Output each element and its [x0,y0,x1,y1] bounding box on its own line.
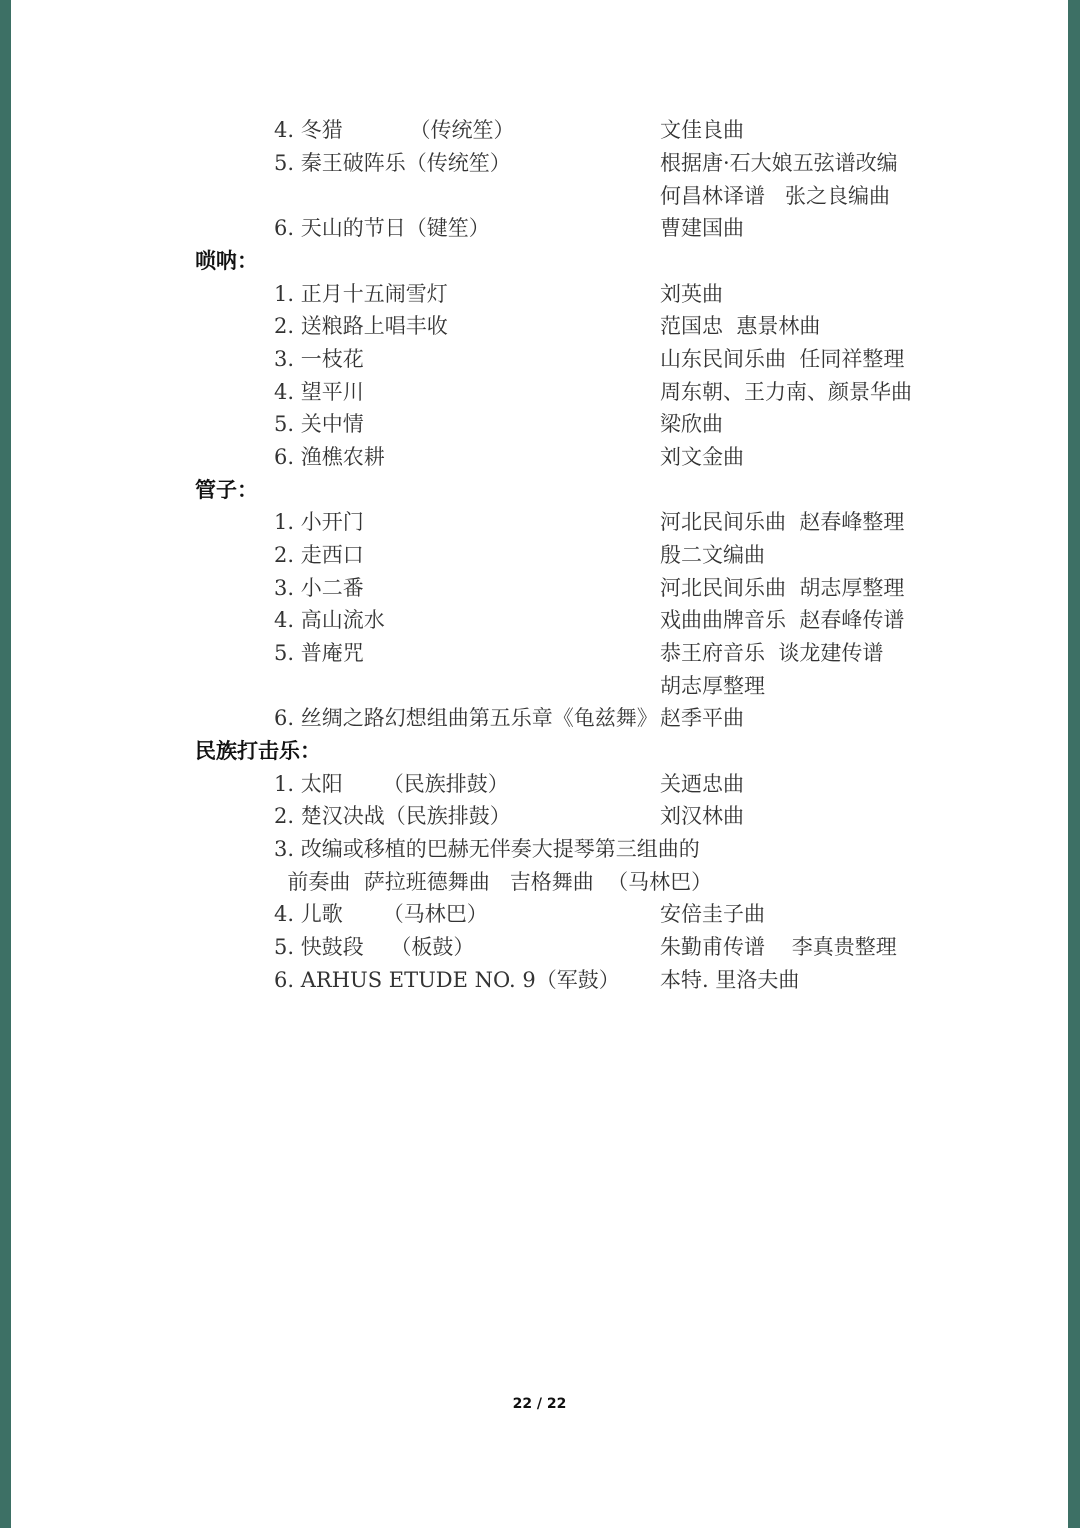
guanzi-item-3-composer: 河北民间乐曲 胡志厚整理 [660,572,904,604]
section-heading-suona: 唢呐： [195,245,258,277]
sheng-item-6-title: 6. 天山的节日（键笙） [274,212,490,244]
guanzi-item-5-title: 5. 普庵咒 [274,637,364,669]
document-page: 4. 冬猎 （传统笙） 文佳良曲 5. 秦王破阵乐（传统笙） 根据唐·石大娘五弦… [11,0,1068,1528]
sheng-item-5-composer: 根据唐·石大娘五弦谱改编 [660,147,898,179]
percussion-item-4-title: 4. 儿歌 （马林巴） [274,898,488,930]
guanzi-item-3-title: 3. 小二番 [274,572,364,604]
page-number-indicator: 22 / 22 [11,1396,1068,1412]
sheng-item-5-composer-line2: 何昌林译谱 张之良编曲 [660,180,890,212]
suona-item-5-title: 5. 关中情 [274,408,364,440]
percussion-item-5-title: 5. 快鼓段 （板鼓） [274,931,474,963]
suona-item-2-composer: 范国忠 惠景林曲 [660,310,820,342]
percussion-item-1-composer: 关迺忠曲 [660,768,744,800]
guanzi-item-6-title: 6. 丝绸之路幻想组曲第五乐章《龟兹舞》 [274,702,658,734]
percussion-item-3-title-line2: 前奏曲 萨拉班德舞曲 吉格舞曲 （马林巴） [274,866,712,898]
percussion-item-3-title: 3. 改编或移植的巴赫无伴奏大提琴第三组曲的 [274,833,700,865]
sheng-item-5-title: 5. 秦王破阵乐（传统笙） [274,147,511,179]
guanzi-item-5-composer: 恭王府音乐 谈龙建传谱 [660,637,883,669]
guanzi-item-4-title: 4. 高山流水 [274,604,385,636]
suona-item-4-composer: 周东朝、王力南、颜景华曲 [660,376,912,408]
percussion-item-2-title: 2. 楚汉决战（民族排鼓） [274,800,511,832]
suona-item-3-title: 3. 一枝花 [274,343,364,375]
guanzi-item-5-composer-line2: 胡志厚整理 [660,670,765,702]
section-heading-guanzi: 管子： [195,474,258,506]
sheng-item-4-composer: 文佳良曲 [660,114,744,146]
suona-item-1-composer: 刘英曲 [660,278,723,310]
guanzi-item-4-composer: 戏曲曲牌音乐 赵春峰传谱 [660,604,904,636]
sheng-item-6-composer: 曹建国曲 [660,212,744,244]
percussion-item-5-composer: 朱勤甫传谱 李真贵整理 [660,931,897,963]
suona-item-3-composer: 山东民间乐曲 任同祥整理 [660,343,904,375]
sheng-item-4-title: 4. 冬猎 （传统笙） [274,114,514,146]
suona-item-6-title: 6. 渔樵农耕 [274,441,385,473]
suona-item-5-composer: 梁欣曲 [660,408,723,440]
guanzi-item-2-title: 2. 走西口 [274,539,364,571]
percussion-item-2-composer: 刘汉林曲 [660,800,744,832]
suona-item-2-title: 2. 送粮路上唱丰收 [274,310,448,342]
suona-item-6-composer: 刘文金曲 [660,441,744,473]
percussion-item-4-composer: 安倍圭子曲 [660,898,765,930]
percussion-item-1-title: 1. 太阳 （民族排鼓） [274,768,509,800]
guanzi-item-2-composer: 殷二文编曲 [660,539,765,571]
percussion-item-6-composer: 本特. 里洛夫曲 [660,964,799,996]
suona-item-4-title: 4. 望平川 [274,376,364,408]
percussion-item-6-title: 6. ARHUS ETUDE NO. 9（军鼓） [274,964,620,996]
guanzi-item-1-title: 1. 小开门 [274,506,364,538]
guanzi-item-1-composer: 河北民间乐曲 赵春峰整理 [660,506,904,538]
guanzi-item-6-composer: 赵季平曲 [660,702,744,734]
section-heading-percussion: 民族打击乐： [195,735,321,767]
suona-item-1-title: 1. 正月十五闹雪灯 [274,278,448,310]
